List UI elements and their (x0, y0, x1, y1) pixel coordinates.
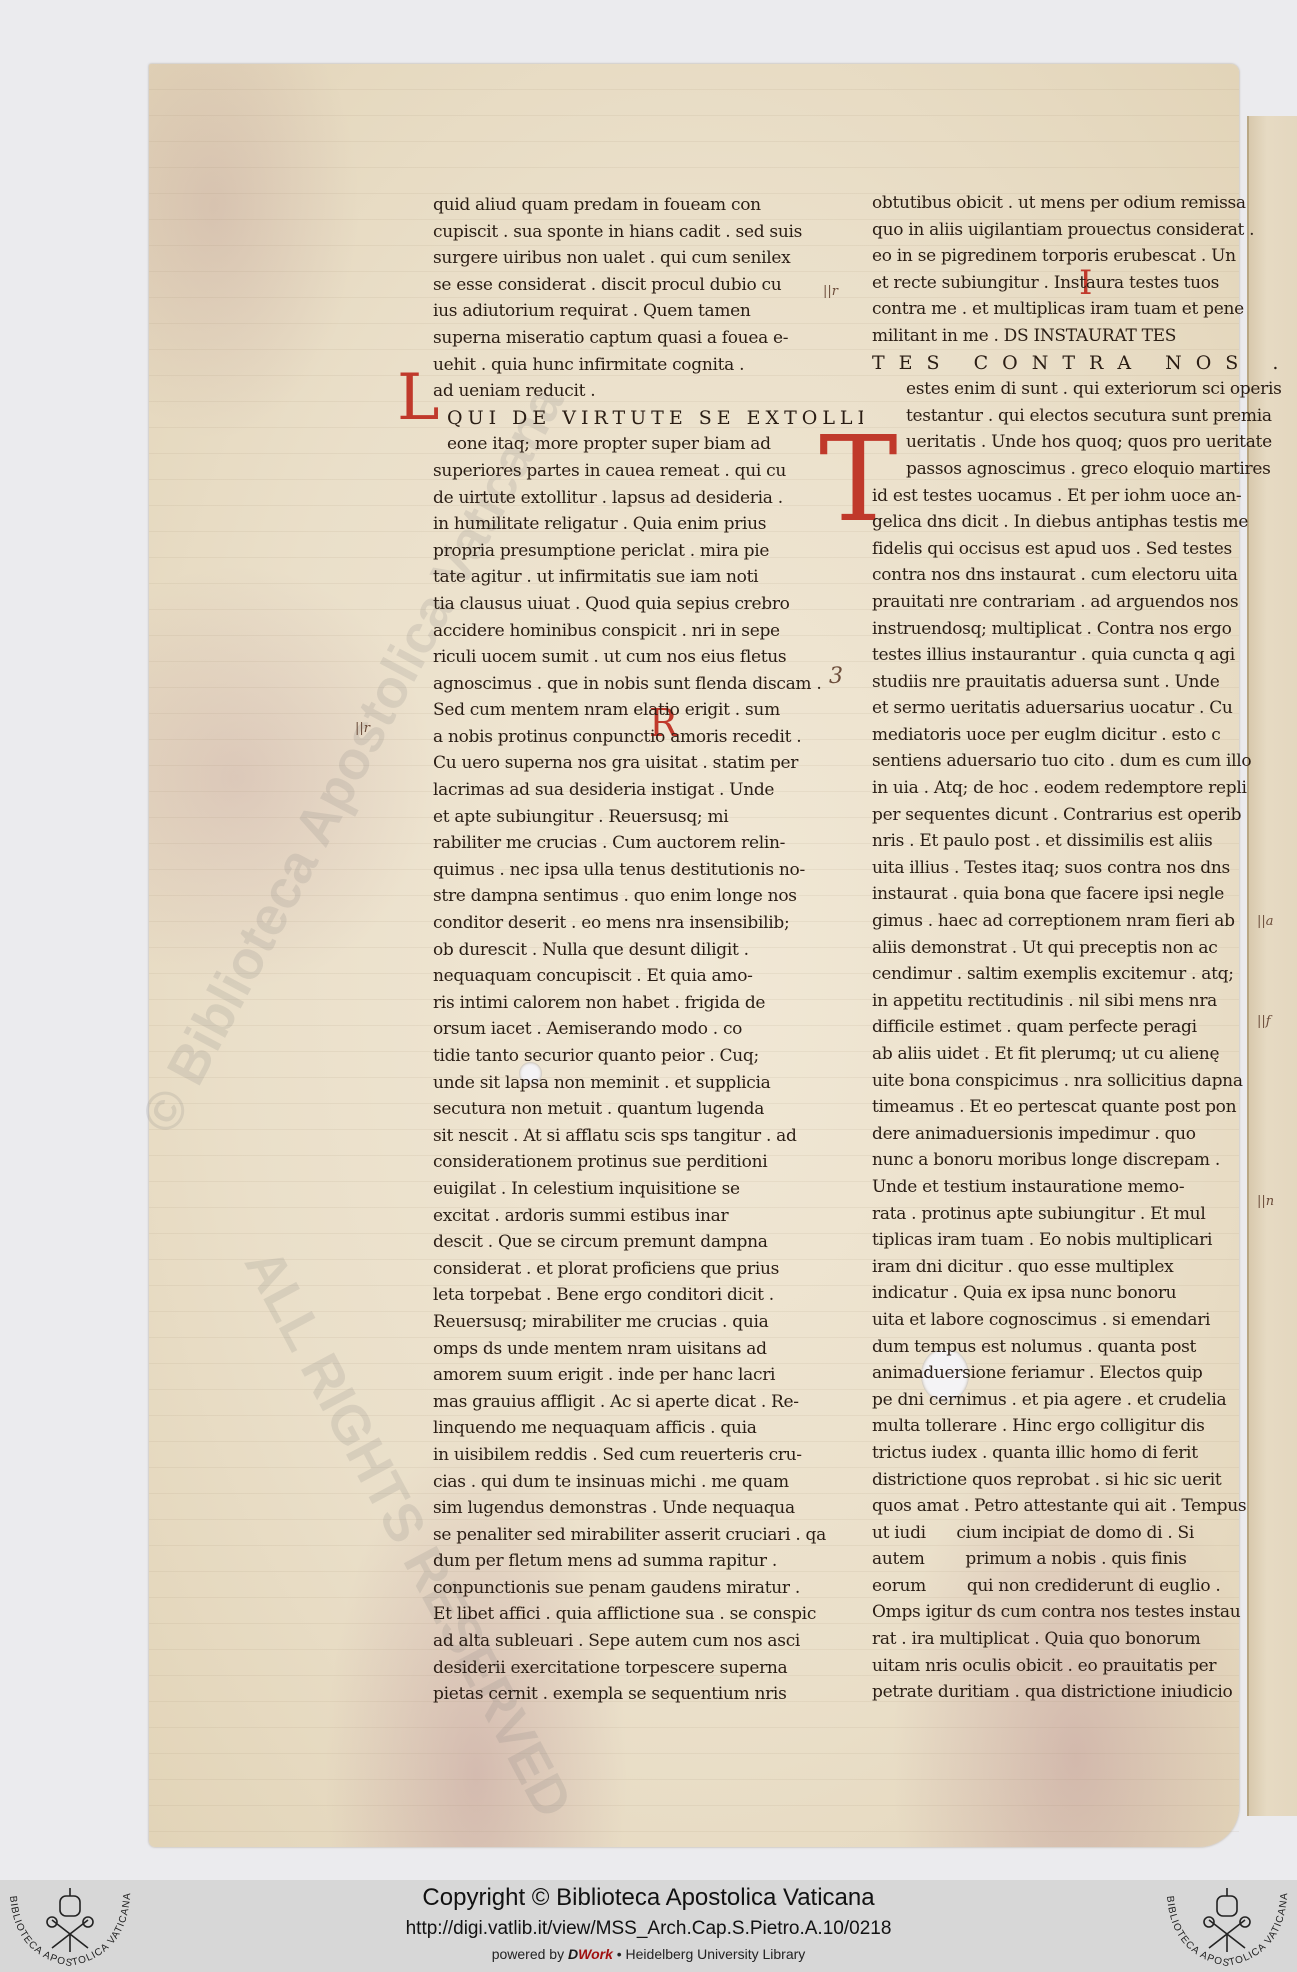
text-line: in appetitu rectitudinis . nil sibi mens… (872, 988, 1292, 1015)
text-line: uita et labore cognoscimus . si emendari (872, 1307, 1292, 1334)
text-line: testantur . qui electos secutura sunt pr… (872, 403, 1292, 430)
text-line: pietas cernit . exempla se sequentium nr… (433, 1681, 863, 1708)
text-line: uitam nris oculis obicit . eo prauitatis… (872, 1653, 1292, 1680)
text-line: euigilat . In celestium inquisitione se (433, 1176, 863, 1203)
text-line: gelica dns dicit . In diebus antiphas te… (872, 509, 1292, 536)
text-line: sim lugendus demonstras . Unde nequaqua (433, 1495, 863, 1522)
text-line: Omps igitur ds cum contra nos testes ins… (872, 1599, 1292, 1626)
text-line: unde sit lapsa non meminit . et supplici… (433, 1070, 863, 1097)
logo-text: BIBLIOTECA APOSTOLICA VATICANA (1164, 1892, 1290, 1970)
manuscript-viewer: © Biblioteca Apostolica Vaticana ALL RIG… (0, 0, 1297, 1880)
text-line: sentiens aduersario tuo cito . dum es cu… (872, 748, 1292, 775)
text-line: quid aliud quam predam in foueam con (433, 192, 863, 219)
text-line: cias . qui dum te insinuas michi . me qu… (433, 1469, 863, 1496)
text-line: nris . Et paulo post . et dissimilis est… (872, 828, 1292, 855)
text-line: uite bona conspicimus . nra sollicitius … (872, 1068, 1292, 1095)
text-line: multa tollerare . Hinc ergo colligitur d… (872, 1413, 1292, 1440)
text-line: cupiscit . sua sponte in hians cadit . s… (433, 219, 863, 246)
text-line: ius adiutorium requirat . Quem tamen (433, 298, 863, 325)
svg-text:BIBLIOTECA APOSTOLICA VATICANA: BIBLIOTECA APOSTOLICA VATICANA (1164, 1892, 1290, 1970)
text-line: desiderii exercitatione torpescere super… (433, 1655, 863, 1682)
text-line: difficile estimet . quam perfecte peragi (872, 1014, 1292, 1041)
text-line: descit . Que se circum premunt dampna (433, 1229, 863, 1256)
text-line: Cu uero superna nos gra uisitat . statim… (433, 750, 863, 777)
chapter-heading: QUI DE VIRTUTE SE EXTOLLIT . (433, 405, 863, 432)
text-line: aliis demonstrat . Ut qui preceptis non … (872, 935, 1292, 962)
text-line: linquendo me nequaquam afficis . quia (433, 1415, 863, 1442)
text-line: in uisibilem reddis . Sed cum reuerteris… (433, 1442, 863, 1469)
text-line: contra nos dns instaurat . cum electoru … (872, 562, 1292, 589)
right-text-column: obtutibus obicit . ut mens per odium rem… (872, 190, 1292, 1706)
chapter-heading: TES CONTRA NOS . (872, 350, 1292, 377)
text-line: mediatoris uoce per euglm dicitur . esto… (872, 722, 1292, 749)
text-line: tate agitur . ut infirmitatis sue iam no… (433, 564, 863, 591)
text-line: rabiliter me crucias . Cum auctorem reli… (433, 830, 863, 857)
text-line: quo in aliis uigilantiam prouectus consi… (872, 217, 1292, 244)
text-line: petrate duritiam . qua districtione iniu… (872, 1679, 1292, 1706)
text-line: conpunctionis sue penam gaudens miratur … (433, 1575, 863, 1602)
text-line: uehit . quia hunc infirmitate cognita . (433, 352, 863, 379)
text-line: eone itaq; more propter super biam ad (433, 431, 863, 458)
text-line: instruendosq; multiplicat . Contra nos e… (872, 616, 1292, 643)
text-line: et recte subiungitur . Instaura testes t… (872, 270, 1292, 297)
text-line: estes enim di sunt . qui exteriorum sci … (872, 376, 1292, 403)
text-line: contra me . et multiplicas iram tuam et … (872, 296, 1292, 323)
text-line: riculi uocem sumit . ut cum nos eius fle… (433, 644, 863, 671)
text-line: sit nescit . At si afflatu scis sps tang… (433, 1123, 863, 1150)
text-line: ut iudi cium incipiat de domo di . Si (872, 1520, 1292, 1547)
text-line: Sed cum mentem nram elatio erigit . sum (433, 697, 863, 724)
text-line: tia clausus uiuat . Quod quia sepius cre… (433, 591, 863, 618)
text-line: eorum qui non crediderunt di euglio . (872, 1573, 1292, 1600)
text-line: ad alta subleuari . Sepe autem cum nos a… (433, 1628, 863, 1655)
text-line: ueritatis . Unde hos quoq; quos pro ueri… (872, 429, 1292, 456)
text-line: amorem suum erigit . inde per hanc lacri (433, 1362, 863, 1389)
text-line: a nobis protinus conpunctio amoris reced… (433, 724, 863, 751)
text-line: eo in se pigredinem torporis erubescat .… (872, 243, 1292, 270)
text-line: secutura non metuit . quantum lugenda (433, 1096, 863, 1123)
text-line: trictus iudex . quanta illic homo di fer… (872, 1440, 1292, 1467)
text-line: Unde et testium instauratione memo- (872, 1174, 1292, 1201)
text-line: cendimur . saltim exemplis excitemur . a… (872, 961, 1292, 988)
text-line: testes illius instaurantur . quia cuncta… (872, 642, 1292, 669)
text-line: iram dni dicitur . quo esse multiplex (872, 1254, 1292, 1281)
text-line: uita illius . Testes itaq; suos contra n… (872, 855, 1292, 882)
text-line: lacrimas ad sua desideria instigat . Und… (433, 777, 863, 804)
text-line: districtione quos reprobat . si hic sic … (872, 1467, 1292, 1494)
text-line: pe dni cernimus . et pia agere . et crud… (872, 1387, 1292, 1414)
text-line: fidelis qui occisus est apud uos . Sed t… (872, 536, 1292, 563)
text-line: se esse considerat . discit procul dubio… (433, 272, 863, 299)
text-line: gimus . haec ad correptionem nram fieri … (872, 908, 1292, 935)
text-line: quos amat . Petro attestante qui ait . T… (872, 1493, 1292, 1520)
text-line: Et libet affici . quia afflictione sua .… (433, 1601, 863, 1628)
text-line: rata . protinus apte subiungitur . Et mu… (872, 1201, 1292, 1228)
powered-prefix: powered by (492, 1946, 568, 1962)
text-line: dum tempus est nolumus . quanta post (872, 1334, 1292, 1361)
text-line: et apte subiungitur . Reuersusq; mi (433, 804, 863, 831)
text-line: omps ds unde mentem nram uisitans ad (433, 1336, 863, 1363)
text-line: militant in me . DS INSTAURAT TES (872, 323, 1292, 350)
left-text-column: quid aliud quam predam in foueam con cup… (433, 192, 863, 1708)
text-line: surgere uiribus non ualet . qui cum seni… (433, 245, 863, 272)
text-line: propria presumptione periclat . mira pie (433, 538, 863, 565)
text-line: Reuersusq; mirabiliter me crucias . quia (433, 1309, 863, 1336)
copyright-footer: BIBLIOTECA APOSTOLICA VATICANA Copyright… (0, 1880, 1297, 1972)
text-line: conditor deserit . eo mens nra insensibi… (433, 910, 863, 937)
text-line: indicatur . Quia ex ipsa nunc bonoru (872, 1280, 1292, 1307)
vatican-library-logo-icon: BIBLIOTECA APOSTOLICA VATICANA (1157, 1886, 1297, 1970)
text-line: nequaquam concupiscit . Et quia amo- (433, 963, 863, 990)
text-line: in uia . Atq; de hoc . eodem redemptore … (872, 775, 1292, 802)
text-line: orsum iacet . Aemiserando modo . co (433, 1016, 863, 1043)
text-line: studiis nre prauitatis aduersa sunt . Un… (872, 669, 1292, 696)
marginal-note: ||r (355, 721, 370, 736)
text-line: de uirtute extollitur . lapsus ad deside… (433, 485, 863, 512)
text-line: instaurat . quia bona que facere ipsi ne… (872, 881, 1292, 908)
text-line: et sermo ueritatis aduersarius uocatur .… (872, 695, 1292, 722)
text-line: in humilitate religatur . Quia enim priu… (433, 511, 863, 538)
text-line: nunc a bonoru moribus longe discrepam . (872, 1147, 1292, 1174)
text-line: considerat . et plorat proficiens que pr… (433, 1256, 863, 1283)
text-line: dum per fletum mens ad summa rapitur . (433, 1548, 863, 1575)
text-line: per sequentes dicunt . Contrarius est op… (872, 802, 1292, 829)
text-line: ris intimi calorem non habet . frigida d… (433, 990, 863, 1017)
text-line: superiores partes in cauea remeat . qui … (433, 458, 863, 485)
text-line: passos agnoscimus . greco eloquio martir… (872, 456, 1292, 483)
text-line: superna miseratio captum quasi a fouea e… (433, 325, 863, 352)
powered-suffix: • Heidelberg University Library (613, 1946, 805, 1962)
text-line: obtutibus obicit . ut mens per odium rem… (872, 190, 1292, 217)
text-line: prauitati nre contrariam . ad arguendos … (872, 589, 1292, 616)
text-line: animaduersione feriamur . Electos quip (872, 1360, 1292, 1387)
text-line: tidie tanto securior quanto peior . Cuq; (433, 1043, 863, 1070)
text-line: autem primum a nobis . quis finis (872, 1546, 1292, 1573)
text-line: ob durescit . Nulla que desunt diligit . (433, 937, 863, 964)
powered-by-text: powered by DWork • Heidelberg University… (0, 1946, 1297, 1962)
text-line: ad ueniam reducit . (433, 378, 863, 405)
copyright-text: Copyright © Biblioteca Apostolica Vatica… (0, 1884, 1297, 1912)
text-line: timeamus . Et eo pertescat quante post p… (872, 1094, 1292, 1121)
text-line: ab aliis uidet . Et fit plerumq; ut cu a… (872, 1041, 1292, 1068)
text-line: excitat . ardoris summi estibus inar (433, 1203, 863, 1230)
text-line: agnoscimus . que in nobis sunt flenda di… (433, 671, 863, 698)
permalink-url[interactable]: http://digi.vatlib.it/view/MSS_Arch.Cap.… (0, 1918, 1297, 1940)
text-line: mas grauius affligit . Ac si aperte dica… (433, 1389, 863, 1416)
text-line: tiplicas iram tuam . Eo nobis multiplica… (872, 1227, 1292, 1254)
text-line: leta torpebat . Bene ergo conditori dici… (433, 1282, 863, 1309)
text-line: se penaliter sed mirabiliter asserit cru… (433, 1522, 863, 1549)
text-line: rat . ira multiplicat . Quia quo bonorum (872, 1626, 1292, 1653)
text-line: id est testes uocamus . Et per iohm uoce… (872, 483, 1292, 510)
text-line: considerationem protinus sue perditioni (433, 1149, 863, 1176)
dwork-brand[interactable]: DWork (568, 1946, 613, 1962)
text-line: stre dampna sentimus . quo enim longe no… (433, 883, 863, 910)
text-line: quimus . nec ipsa ulla tenus destitution… (433, 857, 863, 884)
text-line: dere animaduersionis impedimur . quo (872, 1121, 1292, 1148)
manuscript-folio: © Biblioteca Apostolica Vaticana ALL RIG… (149, 64, 1239, 1847)
text-line: accidere hominibus conspicit . nri in se… (433, 618, 863, 645)
